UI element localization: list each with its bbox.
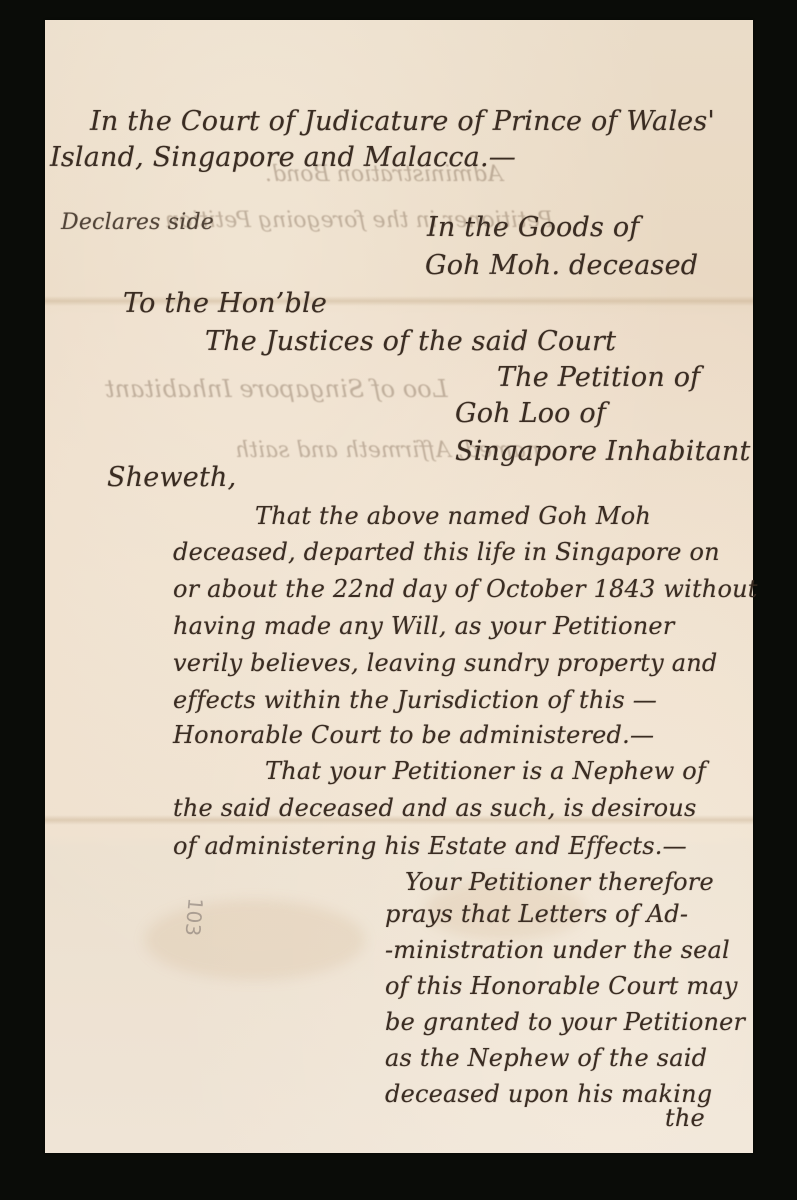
address-justices: The Justices of the said Court <box>205 326 616 357</box>
body-line: That your Petitioner is a Nephew of <box>265 757 706 785</box>
court-heading-line-2: Island, Singapore and Malacca.— <box>50 142 516 173</box>
manuscript-page: Administration Bond. Petitioner in the f… <box>45 20 753 1153</box>
body-line: of administering his Estate and Effects.… <box>173 832 687 860</box>
pencil-folio-number: 103 <box>180 897 207 937</box>
prayer-line: of this Honorable Court may <box>385 972 738 1000</box>
in-the-goods-of: In the Goods of <box>427 212 640 243</box>
body-line: That the above named Goh Moh <box>255 502 651 530</box>
body-line: the said deceased and as such, is desiro… <box>173 794 696 822</box>
body-line: deceased, departed this life in Singapor… <box>173 538 720 566</box>
court-heading-line-1: In the Court of Judicature of Prince of … <box>90 106 715 137</box>
prayer-line: -ministration under the seal <box>385 936 730 964</box>
prayer-line: deceased upon his making <box>385 1080 712 1108</box>
sheweth: Sheweth, <box>107 462 236 493</box>
deceased-name: Goh Moh. deceased <box>425 250 698 281</box>
catchword: the <box>665 1104 705 1132</box>
body-line: having made any Will, as your Petitioner <box>173 612 675 640</box>
bleed-through-text: Loo of Singapore Inhabitant <box>105 375 448 403</box>
prayer-line: prays that Letters of Ad- <box>385 900 688 928</box>
petitioner-residence: Singapore Inhabitant <box>455 436 751 467</box>
prayer-line: Your Petitioner therefore <box>405 868 714 896</box>
address-to: To the Hon’ble <box>123 288 327 319</box>
paper-stain <box>145 900 365 980</box>
body-line: effects within the Jurisdiction of this … <box>173 686 657 714</box>
petitioner-name: Goh Loo of <box>455 398 606 429</box>
margin-note: Declares side <box>61 210 214 235</box>
prayer-line: be granted to your Petitioner <box>385 1008 745 1036</box>
petition-of: The Petition of <box>497 362 700 393</box>
body-line: Honorable Court to be administered.— <box>173 721 654 749</box>
body-line: or about the 22nd day of October 1843 wi… <box>173 575 758 603</box>
prayer-line: as the Nephew of the said <box>385 1044 707 1072</box>
body-line: verily believes, leaving sundry property… <box>173 649 717 677</box>
